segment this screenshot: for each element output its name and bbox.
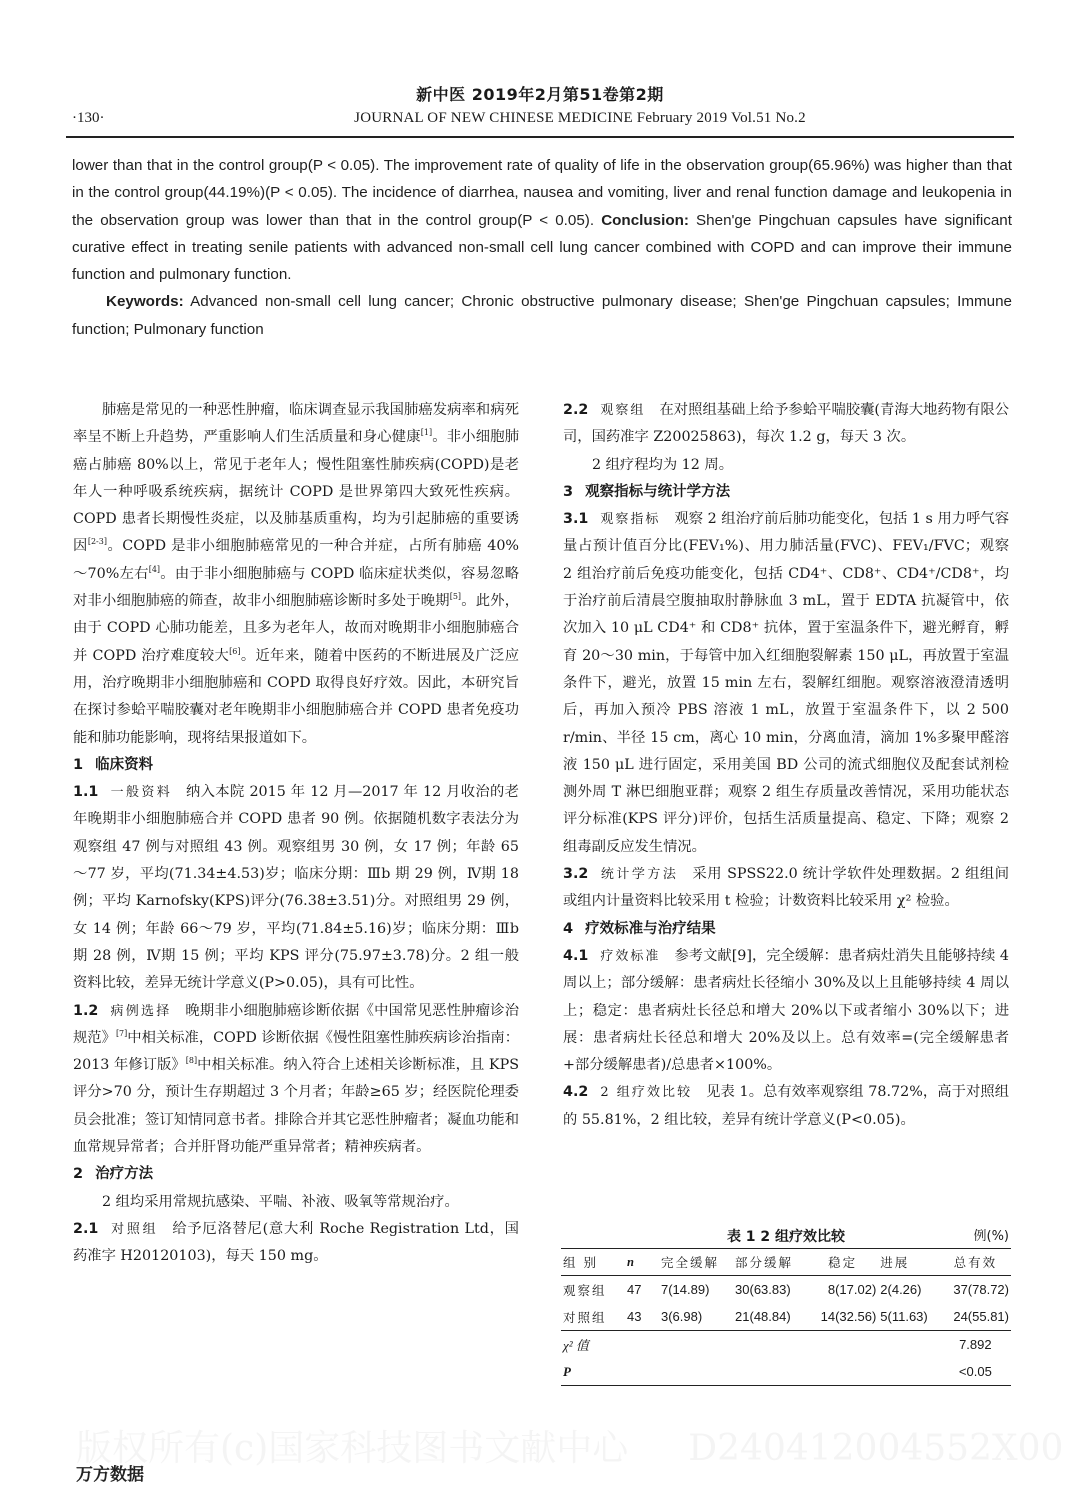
section-number: 3 (563, 484, 573, 500)
cell-complete-remission: 7(14.89) (659, 1276, 733, 1304)
cell-complete-remission: 3(6.98) (659, 1303, 733, 1331)
copyright-watermark: 版权所有(c)国家科技图书文献中心D240412004552X00 (76, 1420, 1080, 1471)
cell-stable: 8(17.02) (807, 1276, 878, 1304)
section-title: 观察指标与统计学方法 (585, 484, 730, 500)
subsection-3-2: 3.2统计学方法采用 SPSS22.0 统计学软件处理数据。2 组组间或组内计量… (563, 861, 1009, 916)
p-label: P (561, 1358, 940, 1386)
left-column: 肺癌是常见的一种恶性肿瘤，临床调查显示我国肺癌发病率和病死率呈不断上升趋势，严重… (73, 397, 519, 1271)
subsection-1-2: 1.2病例选择晚期非小细胞肺癌诊断依据《中国常见恶性肿瘤诊治规范》[7]中相关标… (73, 998, 519, 1162)
subsection-number: 3.1 (563, 511, 588, 527)
citation: [4] (149, 565, 160, 574)
citation: [2-3] (88, 538, 107, 547)
p-value: <0.05 (940, 1358, 1011, 1386)
subsection-title: 统计学方法 (600, 867, 678, 882)
watermark-code: D240412004552X00 (688, 1428, 1063, 1469)
citation: [5] (450, 592, 461, 601)
cell-total-effective: 24(55.81) (940, 1303, 1011, 1331)
cell-partial-remission: 30(63.83) (733, 1276, 807, 1304)
cell-n: 47 (625, 1276, 659, 1304)
subsection-text: 纳入本院 2015 年 12 月—2017 年 12 月收治的老年晚期非小细胞肺… (73, 784, 519, 991)
col-header-group: 组 别 (561, 1249, 625, 1276)
table-row: 对照组 43 3(6.98) 21(48.84) 14(32.56) 5(11.… (561, 1303, 1011, 1331)
subsection-title: 观察指标 (600, 512, 660, 527)
subsection-number: 1.1 (73, 784, 98, 800)
cell-stable: 14(32.56) (807, 1303, 878, 1331)
citation: [1] (421, 429, 432, 438)
col-header-partial-remission: 部分缓解 (733, 1249, 807, 1276)
subsection-2-2: 2.2观察组在对照组基础上给予参蛤平喘胶囊(青海大地药物有限公司，国药准字 Z2… (563, 397, 1009, 452)
citation: [7] (116, 1029, 127, 1038)
conclusion-label: Conclusion: (601, 212, 689, 229)
chi-square-value: 7.892 (940, 1331, 1011, 1359)
cell-total-effective: 37(78.72) (940, 1276, 1011, 1304)
col-header-stable: 稳定 (807, 1249, 878, 1276)
section-number: 1 (73, 757, 83, 773)
section-number: 2 (73, 1166, 83, 1182)
subsection-2-1: 2.1对照组给予厄洛替尼(意大利 Roche Registration Ltd，… (73, 1216, 519, 1271)
table-1: 表 1 2 组疗效比较 例(%) 组 别 n 完全缓解 部分缓解 稳定 进展 总… (561, 1226, 1011, 1386)
subsection-title: 一般资料 (110, 785, 172, 800)
section-title: 疗效标准与治疗结果 (585, 921, 716, 937)
source-label: 万方数据 (76, 1460, 144, 1485)
subsection-text: 参考文献[9]，完全缓解：患者病灶消失且能够持续 4 周以上；部分缓解：患者病灶… (563, 948, 1009, 1073)
table-unit: 例(%) (974, 1226, 1010, 1248)
subsection-number: 4.2 (563, 1084, 588, 1100)
efficacy-table: 组 别 n 完全缓解 部分缓解 稳定 进展 总有效 观察组 47 7(14.89… (561, 1248, 1011, 1386)
treatment-paragraph: 2 组均采用常规抗感染、平喘、补液、吸氧等常规治疗。 (73, 1189, 519, 1216)
subsection-number: 4.1 (563, 948, 588, 964)
cell-partial-remission: 21(48.84) (733, 1303, 807, 1331)
table-caption: 表 1 2 组疗效比较 例(%) (561, 1226, 1011, 1248)
table-header-row: 组 别 n 完全缓解 部分缓解 稳定 进展 总有效 (561, 1249, 1011, 1276)
keywords: Keywords: Advanced non-small cell lung c… (72, 288, 1012, 343)
subsection-number: 1.2 (73, 1003, 98, 1019)
course-paragraph: 2 组疗程均为 12 周。 (563, 452, 1009, 479)
p-value-row: P <0.05 (561, 1358, 1011, 1386)
col-header-progression: 进展 (878, 1249, 939, 1276)
cell-progression: 5(11.63) (878, 1303, 939, 1331)
col-header-n: n (625, 1249, 659, 1276)
keywords-text: Advanced non-small cell lung cancer; Chr… (72, 293, 1012, 337)
abstract-results: lower than that in the control group(P <… (72, 152, 1012, 288)
section-title: 临床资料 (95, 757, 153, 773)
citation: [8] (186, 1056, 197, 1065)
col-header-complete-remission: 完全缓解 (659, 1249, 733, 1276)
subsection-1-1: 1.1一般资料纳入本院 2015 年 12 月—2017 年 12 月收治的老年… (73, 779, 519, 997)
section-heading-4: 4疗效标准与治疗结果 (563, 916, 1009, 943)
right-column: 2.2观察组在对照组基础上给予参蛤平喘胶囊(青海大地药物有限公司，国药准字 Z2… (563, 397, 1009, 1134)
subsection-4-2: 4.22 组疗效比较见表 1。总有效率观察组 78.72%，高于对照组的 55.… (563, 1079, 1009, 1134)
intro-text: 。非小细胞肺癌占肺癌 80%以上，常见于老年人；慢性阻塞性肺疾病(COPD)是老… (73, 429, 519, 554)
subsection-number: 2.1 (73, 1221, 98, 1237)
section-title: 治疗方法 (95, 1166, 153, 1182)
cell-group: 观察组 (561, 1276, 625, 1304)
subsection-title: 观察组 (600, 403, 645, 418)
section-heading-1: 1临床资料 (73, 752, 519, 779)
journal-title-cn: 新中医 2019年2月第51卷第2期 (0, 82, 1080, 105)
subsection-4-1: 4.1疗效标准参考文献[9]，完全缓解：患者病灶消失且能够持续 4 周以上；部分… (563, 943, 1009, 1079)
subsection-text: 观察 2 组治疗前后肺功能变化，包括 1 s 用力呼气容量占预计值百分比(FEV… (563, 511, 1009, 855)
abstract: lower than that in the control group(P <… (72, 152, 1012, 343)
keywords-label: Keywords: (106, 293, 184, 310)
header-rule (66, 136, 1014, 138)
subsection-title: 2 组疗效比较 (600, 1085, 692, 1100)
cell-group: 对照组 (561, 1303, 625, 1331)
cell-n: 43 (625, 1303, 659, 1331)
subsection-title: 病例选择 (110, 1004, 171, 1019)
citation: [6] (229, 647, 240, 656)
section-heading-2: 2治疗方法 (73, 1161, 519, 1188)
table-row: 观察组 47 7(14.89) 30(63.83) 8(17.02) 2(4.2… (561, 1276, 1011, 1304)
intro-paragraph: 肺癌是常见的一种恶性肿瘤，临床调查显示我国肺癌发病率和病死率呈不断上升趋势，严重… (73, 397, 519, 752)
section-heading-3: 3观察指标与统计学方法 (563, 479, 1009, 506)
chi-square-label: χ² 值 (561, 1331, 940, 1359)
cell-progression: 2(4.26) (878, 1276, 939, 1304)
journal-title-en: JOURNAL OF NEW CHINESE MEDICINE February… (0, 110, 1080, 127)
section-number: 4 (563, 921, 573, 937)
subsection-title: 疗效标准 (600, 949, 660, 964)
col-header-total-effective: 总有效 (940, 1249, 1011, 1276)
chi-square-row: χ² 值 7.892 (561, 1331, 1011, 1359)
subsection-number: 2.2 (563, 402, 588, 418)
subsection-title: 对照组 (110, 1222, 158, 1237)
table-title: 表 1 2 组疗效比较 (561, 1226, 1011, 1248)
subsection-number: 3.2 (563, 866, 588, 882)
subsection-3-1: 3.1观察指标观察 2 组治疗前后肺功能变化，包括 1 s 用力呼气容量占预计值… (563, 506, 1009, 861)
watermark-text: 版权所有(c)国家科技图书文献中心 (76, 1428, 628, 1469)
